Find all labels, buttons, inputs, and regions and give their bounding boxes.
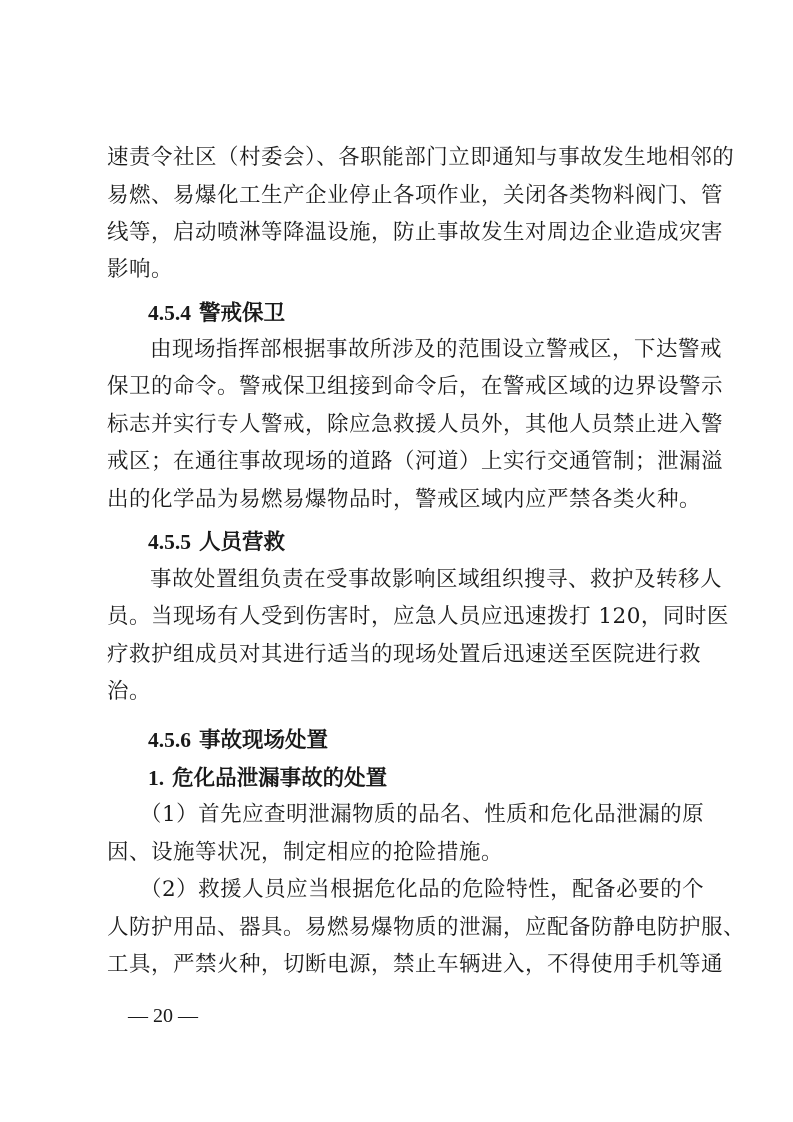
section-heading-4-5-5: 4.5.5人员营救 xyxy=(148,527,285,558)
body-text-line: 由现场指挥部根据事故所涉及的范围设立警戒区，下达警戒 xyxy=(150,335,692,365)
body-text-line: 出的化学品为易燃易爆物品时，警戒区域内应严禁各类火种。 xyxy=(107,485,692,515)
subsection-title: 危化品泄漏事故的处置 xyxy=(172,766,387,791)
section-heading-4-5-4: 4.5.4警戒保卫 xyxy=(148,298,285,329)
body-text-line: 易燃、易爆化工生产企业停止各项作业，关闭各类物料阀门、管 xyxy=(107,181,692,211)
section-number: 4.5.6 xyxy=(148,728,191,752)
body-text-line: 线等，启动喷淋等降温设施，防止事故发生对周边企业造成灾害 xyxy=(107,218,692,248)
document-page: 速责令社区（村委会）、各职能部门立即通知与事故发生地相邻的 易燃、易爆化工生产企… xyxy=(0,0,793,1122)
page-number: — 20 — xyxy=(128,1002,198,1030)
body-text-line: 人防护用品、器具。易燃易爆物质的泄漏，应配备防静电防护服、 xyxy=(107,913,692,943)
body-text-line: 速责令社区（村委会）、各职能部门立即通知与事故发生地相邻的 xyxy=(107,143,692,173)
subsection-heading-1: 1.危化品泄漏事故的处置 xyxy=(148,763,387,794)
body-text-line: 因、设施等状况，制定相应的抢险措施。 xyxy=(107,838,692,868)
body-text-line: 疗救护组成员对其进行适当的现场处置后迅速送至医院进行救 xyxy=(107,640,692,670)
body-text-line: 影响。 xyxy=(107,255,692,285)
body-text-line: 标志并实行专人警戒，除应急救援人员外，其他人员禁止进入警 xyxy=(107,410,692,440)
section-heading-4-5-6: 4.5.6事故现场处置 xyxy=(148,725,328,756)
body-text-line: 戒区；在通往事故现场的道路（河道）上实行交通管制；泄漏溢 xyxy=(107,447,692,477)
body-text-line: 治。 xyxy=(107,677,692,707)
body-text-line: （2）救援人员应当根据危化品的危险特性，配备必要的个 xyxy=(140,875,692,905)
section-number: 4.5.5 xyxy=(148,530,191,554)
body-text-line: 员。当现场有人受到伤害时，应急人员应迅速拨打 120，同时医 xyxy=(107,602,692,632)
section-title: 警戒保卫 xyxy=(199,301,285,326)
section-title: 人员营救 xyxy=(199,530,285,555)
body-text-line: 事故处置组负责在受事故影响区域组织搜寻、救护及转移人 xyxy=(150,565,692,595)
section-number: 4.5.4 xyxy=(148,301,191,325)
body-text-line: 保卫的命令。警戒保卫组接到命令后，在警戒区域的边界设警示 xyxy=(107,372,692,402)
body-text-line: 工具，严禁火种，切断电源，禁止车辆进入，不得使用手机等通 xyxy=(107,950,692,980)
section-title: 事故现场处置 xyxy=(199,728,328,753)
body-text-line: （1）首先应查明泄漏物质的品名、性质和危化品泄漏的原 xyxy=(140,800,692,830)
subsection-number: 1. xyxy=(148,766,164,790)
